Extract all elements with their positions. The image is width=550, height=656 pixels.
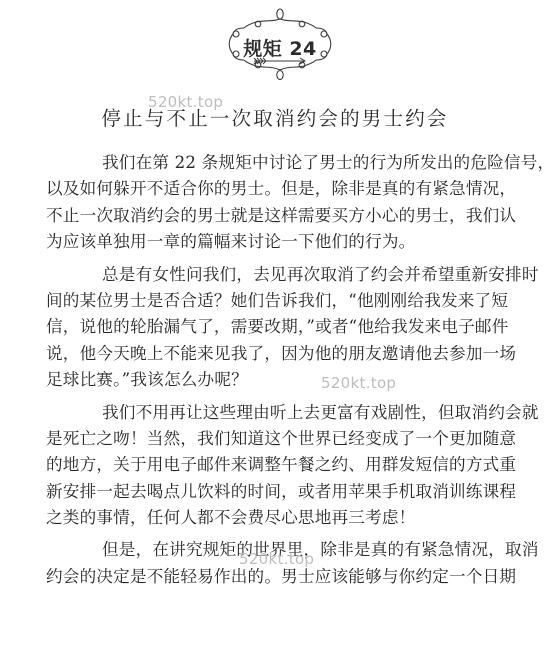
text-line: 间的某位男士是否合适？她们告诉我们，“他刚刚给我发来了短 [46, 288, 512, 314]
text-line: 以及如何躲开不适合你的男士。但是，除非是真的有紧急情况， [46, 176, 512, 202]
chapter-badge: 规矩 24 [224, 4, 336, 80]
text-line: 足球比赛。”我该怎么办呢？ [46, 367, 512, 393]
text-line: 说，他今天晚上不能来见我了，因为他的朋友邀请他去参加一场 [46, 341, 512, 367]
chapter-number: 规矩 24 [224, 34, 336, 61]
text-line: 不止一次取消约会的男士就是这样需要买方小心的男士，我们认 [46, 203, 512, 229]
watermark: 520kt.top [239, 550, 314, 568]
text-line: 是死亡之吻！当然，我们知道这个世界已经变成了一个更加随意 [46, 426, 512, 452]
paragraph-1: 我们在第 22 条规矩中讨论了男士的行为所发出的危险信号， 以及如何躲开不适合你… [74, 150, 512, 256]
text-line: 总是有女性问我们，去见再次取消了约会并希望重新安排时 [74, 262, 512, 288]
text-line: 为应该单独用一章的篇幅来讨论一下他们的行为。 [46, 229, 512, 255]
body-text: 我们在第 22 条规矩中讨论了男士的行为所发出的危险信号， 以及如何躲开不适合你… [74, 150, 512, 590]
text-line: 信，说他的轮胎漏气了，需要改期，”或者“他给我发来电子邮件 [46, 314, 512, 340]
watermark: 520kt.top [321, 374, 396, 392]
paragraph-3: 我们不用再让这些理由听上去更富有戏剧性，但取消约会就 是死亡之吻！当然，我们知道… [74, 400, 512, 532]
text-line: 的地方，关于用电子邮件来调整午餐之约、用群发短信的方式重 [46, 452, 512, 478]
book-page: 规矩 24 520kt.top 停止与不止一次取消约会的男士约会 我们在第 22… [0, 0, 550, 656]
text-line: 我们不用再让这些理由听上去更富有戏剧性，但取消约会就 [74, 400, 512, 426]
paragraph-2: 总是有女性问我们，去见再次取消了约会并希望重新安排时 间的某位男士是否合适？她们… [74, 262, 512, 394]
text-line: 之类的事情，任何人都不会费尽心思地再三考虑！ [46, 505, 512, 531]
text-line: 新安排一起去喝点儿饮料的时间，或者用苹果手机取消训练课程 [46, 479, 512, 505]
text-line: 我们在第 22 条规矩中讨论了男士的行为所发出的危险信号， [74, 150, 512, 176]
chapter-title: 停止与不止一次取消约会的男士约会 [0, 103, 550, 131]
